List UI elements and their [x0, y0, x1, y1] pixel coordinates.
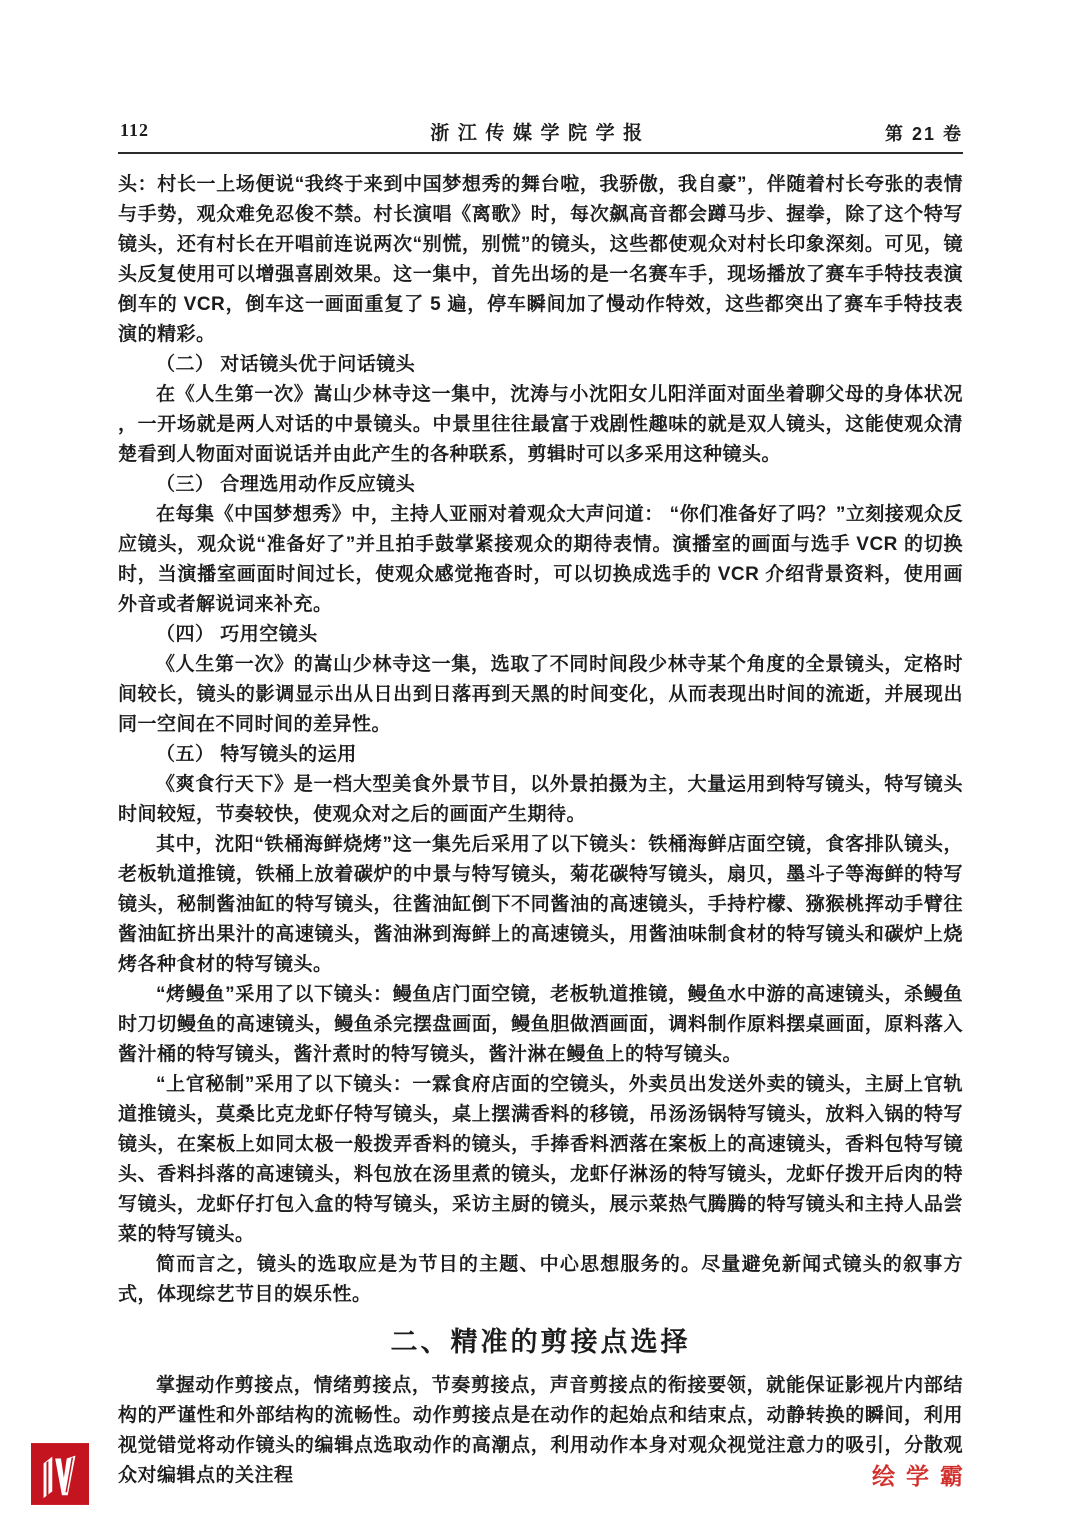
subheading: （三） 合理选用动作反应镜头	[118, 470, 963, 500]
w-book-logo-icon	[31, 1443, 89, 1505]
body-paragraph: 头：村长一上场便说“我终于来到中国梦想秀的舞台啦，我骄傲，我自豪”，伴随着村长夸…	[118, 170, 963, 350]
page-header: 112 浙江传媒学院学报 第 21 卷	[118, 114, 963, 148]
subheading: （四） 巧用空镜头	[118, 620, 963, 650]
article-body: 头：村长一上场便说“我终于来到中国梦想秀的舞台啦，我骄傲，我自豪”，伴随着村长夸…	[118, 170, 963, 1491]
body-paragraph: “烤鳗鱼”采用了以下镜头：鳗鱼店门面空镜，老板轨道推镜，鳗鱼水中游的高速镜头，杀…	[118, 980, 963, 1070]
subheading: （五） 特写镜头的运用	[118, 740, 963, 770]
header-rule	[118, 152, 963, 154]
subheading: （二） 对话镜头优于问话镜头	[118, 350, 963, 380]
body-paragraph: 《爽食行天下》是一档大型美食外景节目，以外景拍摄为主，大量运用到特写镜头，特写镜…	[118, 770, 963, 830]
section-title: 二、精准的剪接点选择	[118, 1310, 963, 1371]
journal-title: 浙江传媒学院学报	[118, 118, 963, 145]
brand-watermark: 绘学霸	[872, 1458, 974, 1491]
body-paragraph: “上官秘制”采用了以下镜头：一霖食府店面的空镜头，外卖员出发送外卖的镜头，主厨上…	[118, 1070, 963, 1250]
brand-logo	[31, 1443, 89, 1505]
volume-label: 第 21 卷	[885, 120, 963, 146]
body-paragraph: 在每集《中国梦想秀》中，主持人亚丽对着观众大声问道： “你们准备好了吗？”立刻接…	[118, 500, 963, 620]
body-paragraph: 其中，沈阳“铁桶海鲜烧烤”这一集先后采用了以下镜头：铁桶海鲜店面空镜，食客排队镜…	[118, 830, 963, 980]
body-paragraph: 在《人生第一次》嵩山少林寺这一集中，沈涛与小沈阳女儿阳洋面对面坐着聊父母的身体状…	[118, 380, 963, 470]
body-paragraph: 掌握动作剪接点，情绪剪接点，节奏剪接点，声音剪接点的衔接要领，就能保证影视片内部…	[118, 1371, 963, 1491]
body-paragraph: 简而言之，镜头的选取应是为节目的主题、中心思想服务的。尽量避免新闻式镜头的叙事方…	[118, 1250, 963, 1310]
body-paragraph: 《人生第一次》的嵩山少林寺这一集，选取了不同时间段少林寺某个角度的全景镜头，定格…	[118, 650, 963, 740]
journal-page: 112 浙江传媒学院学报 第 21 卷 头：村长一上场便说“我终于来到中国梦想秀…	[0, 0, 1080, 1526]
